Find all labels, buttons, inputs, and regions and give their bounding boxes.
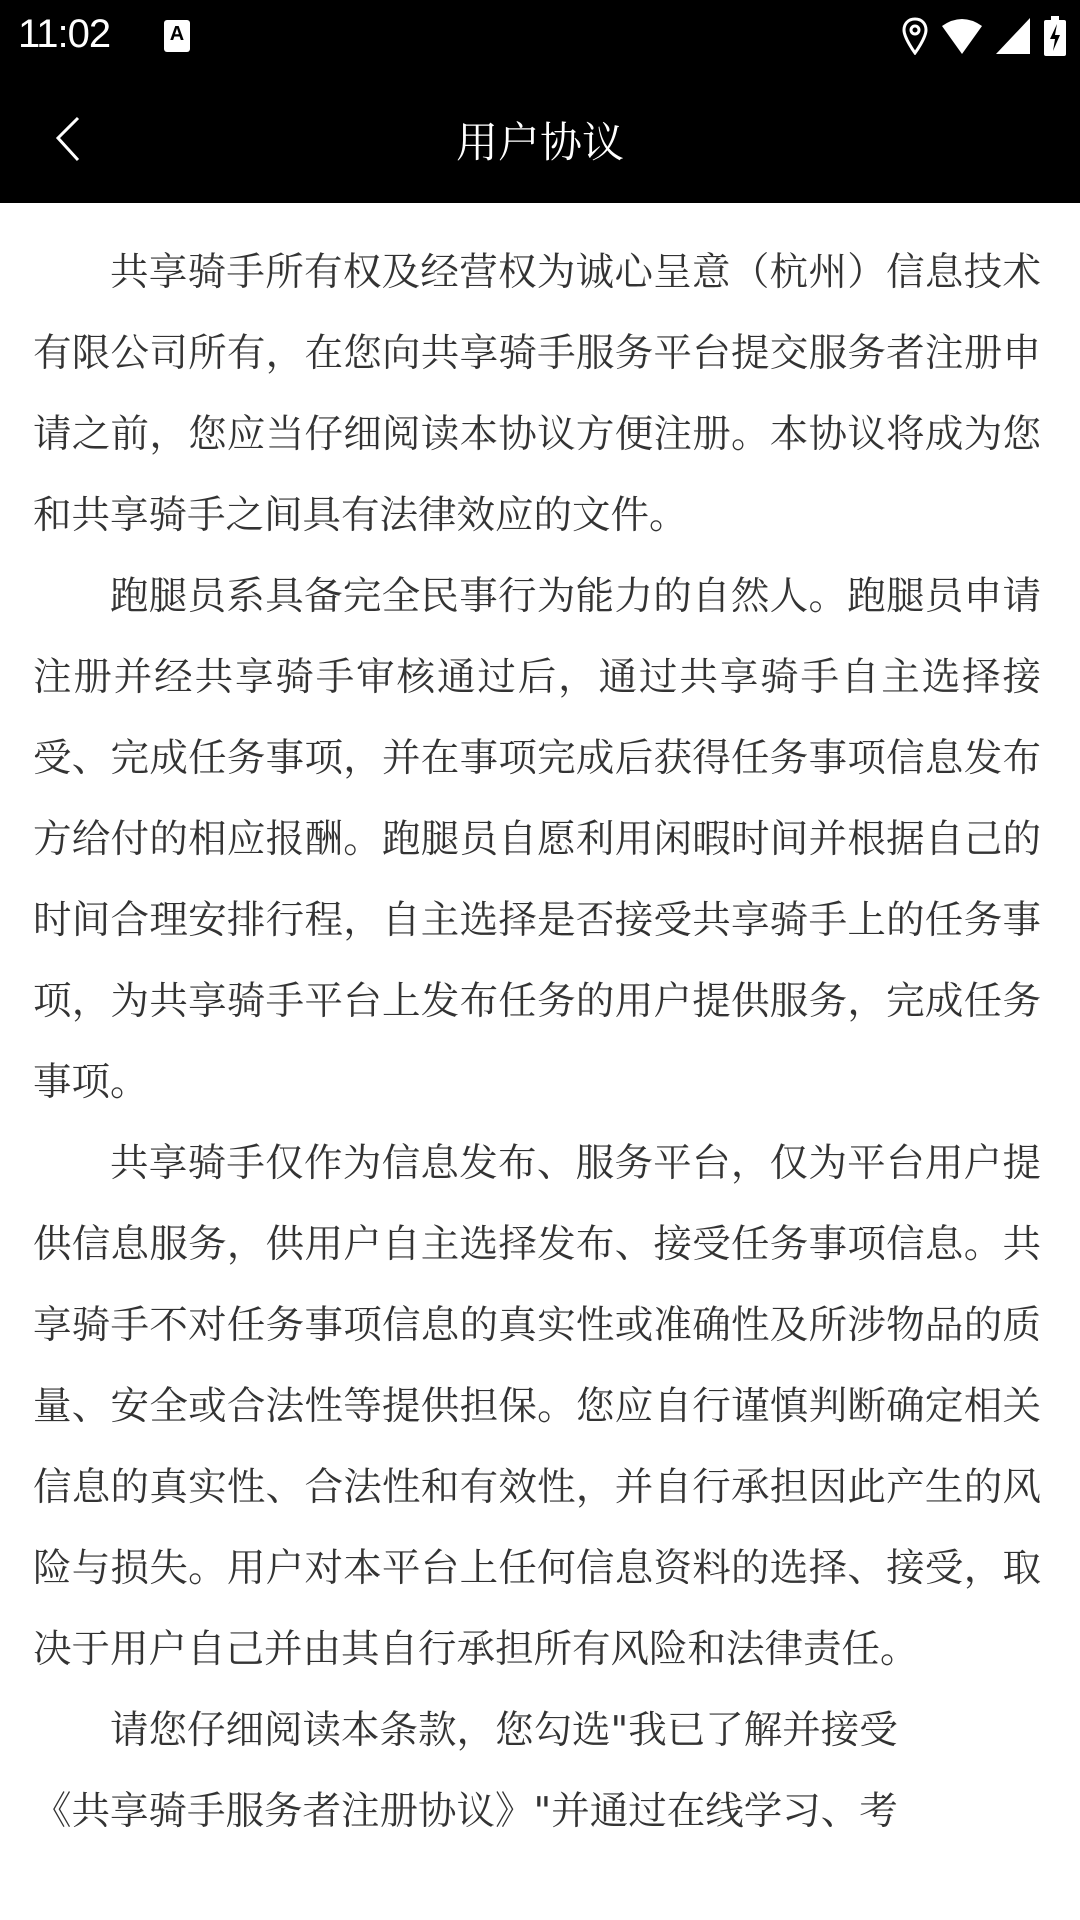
notification-a-icon: A (164, 20, 190, 52)
signal-icon (996, 18, 1030, 54)
battery-charging-icon (1044, 16, 1066, 56)
toolbar: 用户协议 (0, 72, 1080, 203)
status-time: 11:02 (18, 12, 110, 57)
page-title: 用户协议 (0, 110, 1080, 170)
system-icons (902, 16, 1066, 56)
agreement-paragraph: 共享骑手所有权及经营权为诚心呈意（杭州）信息技术有限公司所有，在您向共享骑手服务… (33, 232, 1041, 556)
location-icon (902, 17, 928, 55)
status-bar: 11:02 A (0, 0, 1080, 72)
agreement-paragraph: 共享骑手仅作为信息发布、服务平台，仅为平台用户提供信息服务，供用户自主选择发布、… (33, 1123, 1041, 1690)
agreement-content: 共享骑手所有权及经营权为诚心呈意（杭州）信息技术有限公司所有，在您向共享骑手服务… (33, 232, 1041, 1852)
agreement-paragraph: 跑腿员系具备完全民事行为能力的自然人。跑腿员申请注册并经共享骑手审核通过后，通过… (33, 556, 1041, 1123)
wifi-icon (942, 18, 982, 54)
agreement-paragraph: 请您仔细阅读本条款，您勾选"我已了解并接受《共享骑手服务者注册协议》"并通过在线… (33, 1690, 933, 1852)
